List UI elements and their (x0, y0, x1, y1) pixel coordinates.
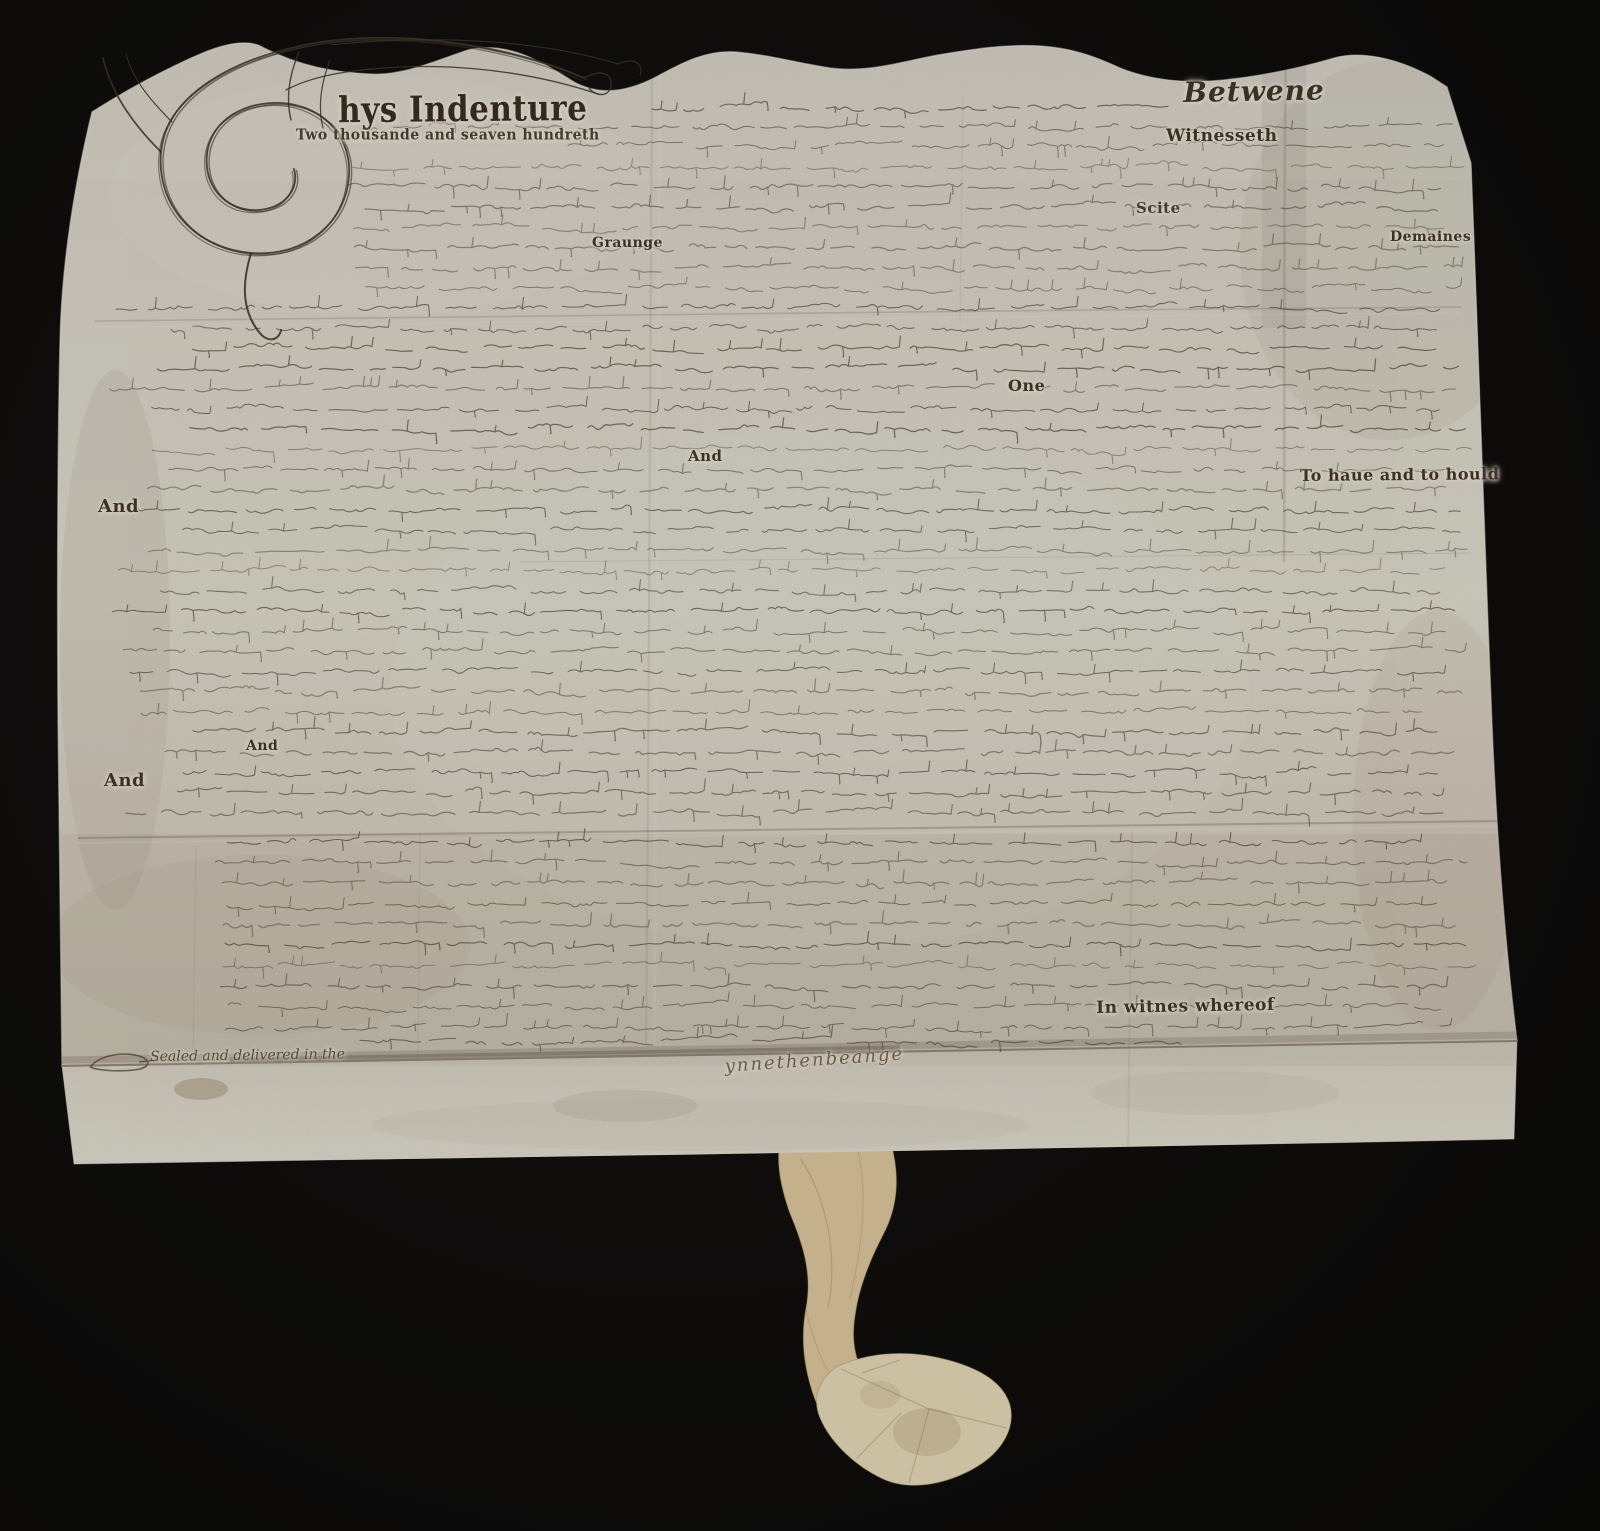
seal-tag-stain (893, 1408, 961, 1456)
photo-black-background: hys IndentureBetweneTwo thousande and se… (0, 0, 1600, 1531)
photo-grain (40, 30, 1540, 1180)
parchment-photo (0, 0, 1600, 1531)
seal-tag-stain (860, 1381, 900, 1409)
seal-tag (779, 1143, 1012, 1485)
